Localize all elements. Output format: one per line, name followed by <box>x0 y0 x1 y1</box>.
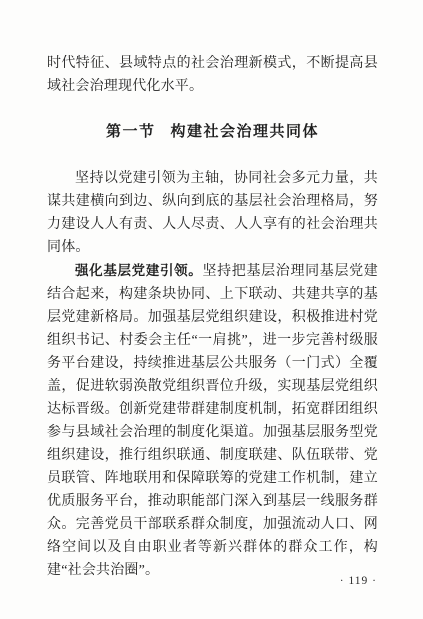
page-content: 时代特征、县域特点的社会治理新模式，不断提高县域社会治理现代化水平。 第一节构建… <box>47 52 378 582</box>
page-number: · 119 · <box>340 575 377 587</box>
paragraph-continuation: 时代特征、县域特点的社会治理新模式，不断提高县域社会治理现代化水平。 <box>47 52 378 98</box>
section-title: 构建社会治理共同体 <box>171 124 320 140</box>
paragraph-2: 强化基层党建引领。坚持把基层治理同基层党建结合起来，构建条块协同、上下联动、共建… <box>47 259 378 582</box>
section-number: 第一节 <box>106 124 156 140</box>
section-heading: 第一节构建社会治理共同体 <box>47 122 378 142</box>
paragraph-1: 坚持以党建引领为主轴，协同社会多元力量，共谋共建横向到边、纵向到底的基层社会治理… <box>47 167 378 259</box>
paragraph-2-lead: 强化基层党建引领。 <box>75 263 202 278</box>
paragraph-2-body: 坚持把基层治理同基层党建结合起来，构建条块协同、上下联动、共建共享的基层党建新格… <box>47 264 378 578</box>
book-page: 时代特征、县域特点的社会治理新模式，不断提高县域社会治理现代化水平。 第一节构建… <box>0 0 423 619</box>
